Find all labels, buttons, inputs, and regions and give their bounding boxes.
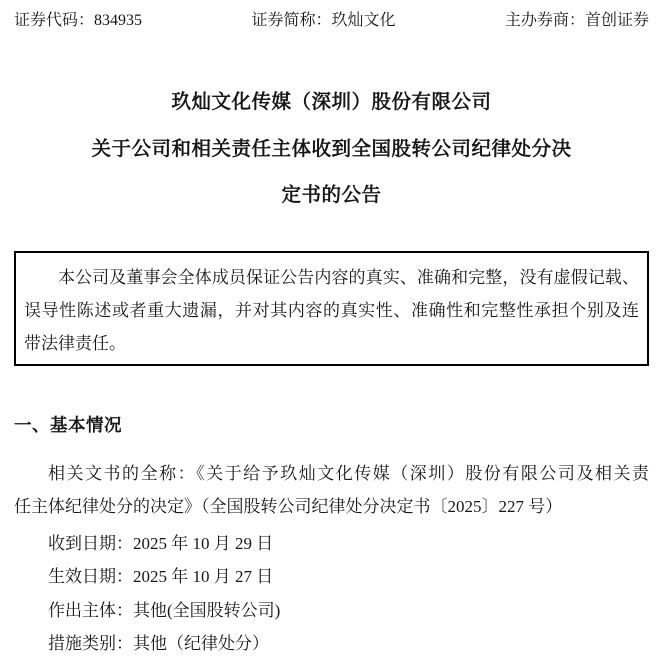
effective-date-line: 生效日期：2025 年 10 月 27 日 bbox=[14, 560, 649, 594]
title-line-company: 玖灿文化传媒（深圳）股份有限公司 bbox=[14, 80, 649, 127]
disclaimer-line: 带法律责任。 bbox=[24, 327, 639, 360]
receive-date-line: 收到日期：2025 年 10 月 29 日 bbox=[14, 527, 649, 561]
issuing-body-line: 作出主体：其他(全国股转公司) bbox=[14, 594, 649, 628]
title-line-subject: 关于公司和相关责任主体收到全国股转公司纪律处分决 bbox=[14, 127, 649, 174]
announcement-document: 证券代码：834935 证券简称：玖灿文化 主办券商：首创证券 玖灿文化传媒（深… bbox=[0, 0, 664, 657]
related-document-fullname: 相关文书的全称：《关于给予玖灿文化传媒（深圳）股份有限公司及相关责 任主体纪律处… bbox=[14, 457, 649, 523]
announcement-title: 玖灿文化传媒（深圳）股份有限公司 关于公司和相关责任主体收到全国股转公司纪律处分… bbox=[14, 80, 649, 220]
paragraph-line: 相关文书的全称：《关于给予玖灿文化传媒（深圳）股份有限公司及相关责 bbox=[14, 457, 649, 490]
security-short-name: 证券简称：玖灿文化 bbox=[251, 10, 395, 31]
paragraph-line: 任主体纪律处分的决定》（全国股转公司纪律处分决定书〔2025〕227 号） bbox=[14, 490, 649, 523]
section-heading-basic-info: 一、基本情况 bbox=[14, 414, 649, 436]
measure-category-line: 措施类别：其他（纪律处分） bbox=[14, 627, 649, 657]
sponsor-broker: 主办券商：首创证券 bbox=[505, 10, 649, 31]
title-line-subject-cont: 定书的公告 bbox=[14, 173, 649, 220]
securities-header-row: 证券代码：834935 证券简称：玖灿文化 主办券商：首创证券 bbox=[14, 10, 649, 31]
disclaimer-line: 本公司及董事会全体成员保证公告内容的真实、准确和完整，没有虚假记载、 bbox=[24, 261, 639, 294]
disclaimer-line: 误导性陈述或者重大遗漏，并对其内容的真实性、准确性和完整性承担个别及连 bbox=[24, 294, 639, 327]
security-code: 证券代码：834935 bbox=[14, 10, 142, 31]
disclaimer-box: 本公司及董事会全体成员保证公告内容的真实、准确和完整，没有虚假记载、 误导性陈述… bbox=[14, 251, 649, 366]
